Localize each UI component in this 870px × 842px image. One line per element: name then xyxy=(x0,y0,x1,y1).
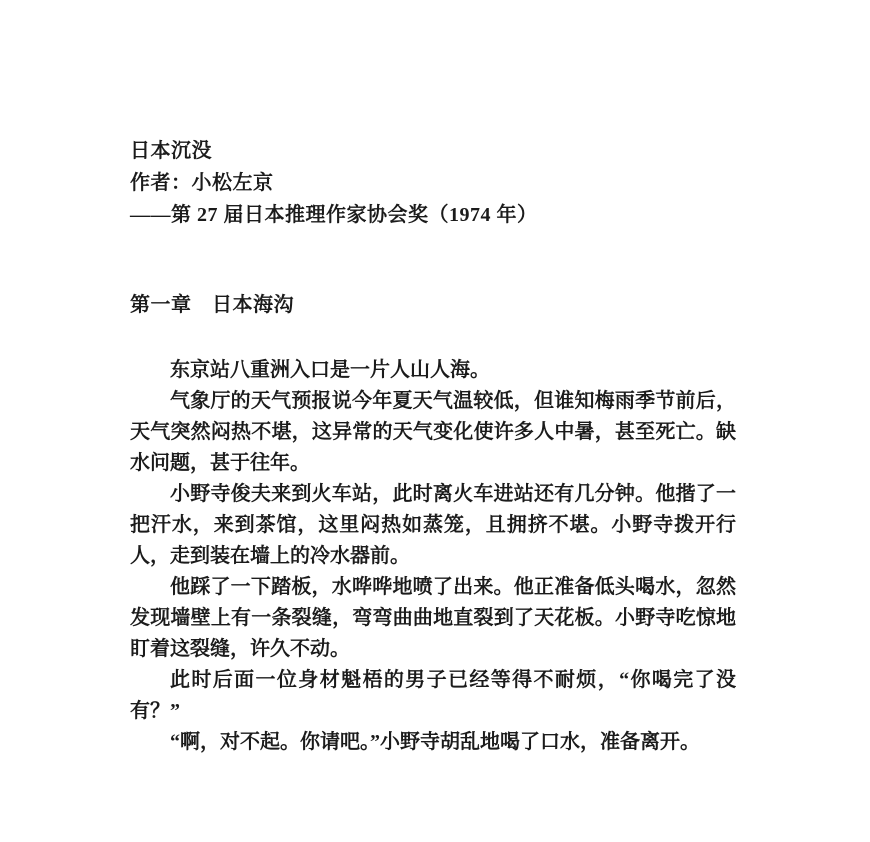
document-header: 日本沉没 作者：小松左京 ——第 27 届日本推理作家协会奖（1974 年） xyxy=(130,135,740,231)
document-content: 日本沉没 作者：小松左京 ——第 27 届日本推理作家协会奖（1974 年） 第… xyxy=(0,0,740,758)
award-line: ——第 27 届日本推理作家协会奖（1974 年） xyxy=(130,199,740,231)
author-line: 作者：小松左京 xyxy=(130,167,740,199)
paragraph: 气象厅的天气预报说今年夏天气温较低，但谁知梅雨季节前后，天气突然闷热不堪，这异常… xyxy=(130,386,736,479)
body-text: 东京站八重洲入口是一片人山人海。 气象厅的天气预报说今年夏天气温较低，但谁知梅雨… xyxy=(130,355,736,758)
paragraph: 小野寺俊夫来到火车站，此时离火车进站还有几分钟。他揩了一把汗水，来到茶馆，这里闷… xyxy=(130,479,736,572)
paragraph: “啊，对不起。你请吧。”小野寺胡乱地喝了口水，准备离开。 xyxy=(130,727,736,758)
book-title: 日本沉没 xyxy=(130,135,740,167)
document-page: { "page": { "background": "#ffffff", "te… xyxy=(0,0,870,842)
paragraph: 他踩了一下踏板，水哗哗地喷了出来。他正准备低头喝水，忽然发现墙壁上有一条裂缝，弯… xyxy=(130,572,736,665)
chapter-heading: 第一章 日本海沟 xyxy=(130,289,740,321)
paragraph: 东京站八重洲入口是一片人山人海。 xyxy=(130,355,736,386)
paragraph: 此时后面一位身材魁梧的男子已经等得不耐烦，“你喝完了没有？” xyxy=(130,665,736,727)
